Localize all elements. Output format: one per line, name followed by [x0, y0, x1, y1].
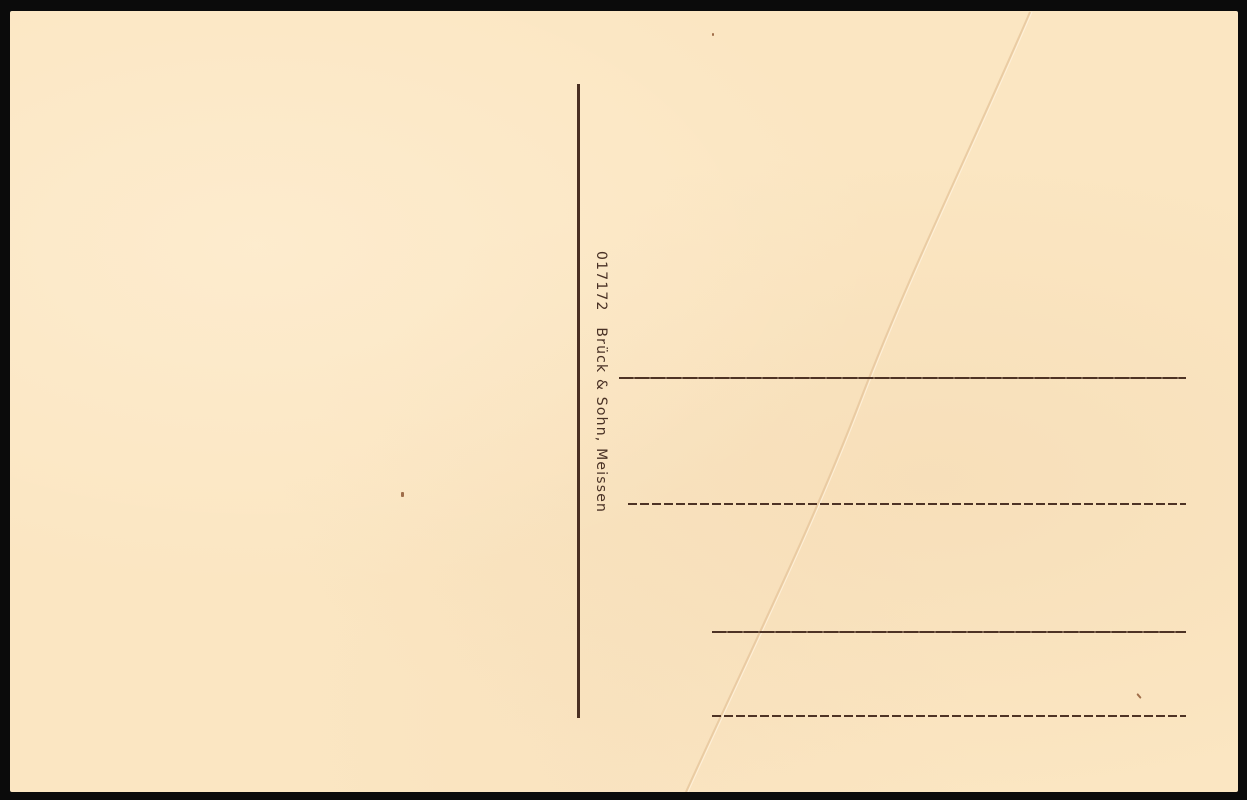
paper-speck [401, 492, 404, 497]
address-line-4 [712, 715, 1186, 717]
paper-crease [10, 11, 1238, 792]
paper-speck [712, 33, 714, 36]
address-line-3 [712, 631, 1186, 633]
address-line-2 [628, 503, 1186, 505]
publisher-imprint: 017172 Brück & Sohn, Meissen [593, 251, 609, 523]
paper-speck [1136, 693, 1141, 699]
publisher-name: Brück & Sohn, Meissen [593, 327, 609, 513]
card-number: 017172 [593, 251, 609, 312]
postcard-back: 017172 Brück & Sohn, Meissen [10, 11, 1238, 792]
vertical-divider-line [577, 84, 580, 718]
address-line-1 [619, 377, 1186, 379]
